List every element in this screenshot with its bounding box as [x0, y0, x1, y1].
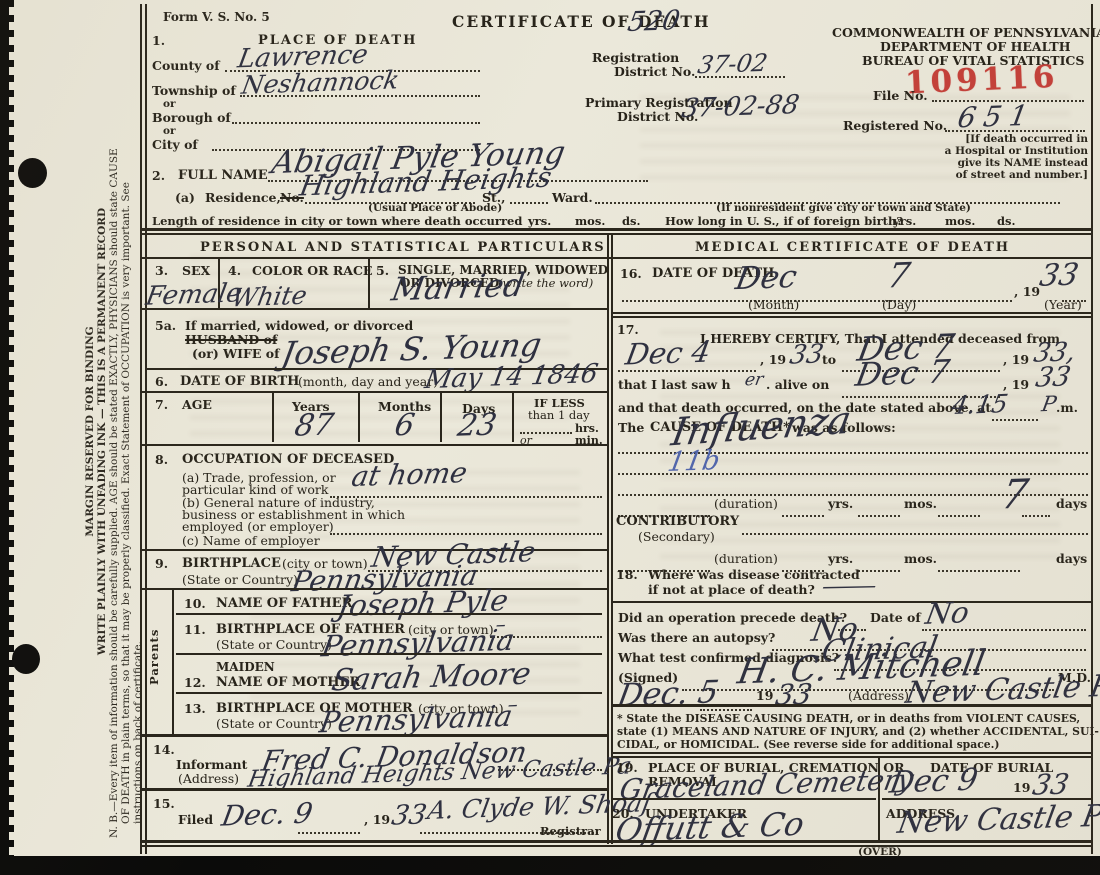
duration2-yrs-label: yrs. — [828, 551, 853, 566]
rule-line — [612, 798, 876, 800]
duration2-label: (duration) — [714, 551, 778, 566]
lastsaw-label-b: . alive on — [766, 377, 829, 392]
dotted-leader — [858, 558, 900, 572]
punch-hole — [12, 644, 40, 674]
dotted-leader — [232, 110, 480, 124]
filed-19-label: , 19 — [364, 812, 390, 827]
lastsaw-her-hw: er — [743, 370, 765, 391]
death-certificate-scan: MARGIN RESERVED FOR BINDING WRITE PLAINL… — [0, 0, 1100, 875]
dotted-leader — [992, 407, 1038, 421]
dotted-leader — [858, 503, 900, 517]
full-name-label: FULL NAME — [178, 168, 268, 183]
lastsaw-year: 33 — [1033, 361, 1073, 393]
margin-line: WRITE PLAINLY WITH UNFADING INK — THIS I… — [96, 9, 108, 854]
rule-line — [140, 444, 607, 446]
registrar-label: Registrar — [540, 824, 601, 838]
hospital-note: [If death occurred in a Hospital or Inst… — [928, 133, 1088, 181]
item10-number: 10. — [184, 596, 206, 611]
dob-label: DATE OF BIRTH — [180, 374, 299, 389]
cell-divider — [368, 258, 370, 308]
margin-line: instructions on back of certificate. — [132, 9, 144, 854]
dotted-leader — [510, 190, 548, 204]
duration1-yrs-label: yrs. — [828, 496, 853, 511]
item3-number: 3. — [155, 263, 168, 278]
rule-line — [612, 752, 1093, 754]
dob-value: May 14 1846 — [422, 359, 600, 395]
rule-line — [140, 788, 607, 791]
dotted-leader — [938, 558, 1020, 572]
operation-date-of-label: Date of — [870, 610, 921, 625]
or-wife-of-label: (or) WIFE of — [192, 346, 279, 361]
duration1-days-label: days — [1056, 496, 1087, 511]
page-number-handwritten: 520 — [625, 5, 682, 38]
binding-margin-text: MARGIN RESERVED FOR BINDING WRITE PLAINL… — [84, 9, 144, 854]
item4-number: 4. — [228, 263, 241, 278]
duration2-days-label: days — [1056, 551, 1087, 566]
certify-19b-label: , 19 — [1003, 352, 1029, 367]
lastsaw-value: Dec 7 — [853, 352, 953, 394]
mos-label: mos. — [945, 214, 975, 228]
undertaker-address-value: New Castle Pa — [895, 798, 1100, 841]
parents-box-border — [172, 590, 174, 735]
father-value: Joseph Pyle — [335, 583, 511, 623]
occupation-b-line3: employed (or employer) — [182, 519, 334, 534]
item14-number: 14. — [153, 742, 175, 757]
cell-divider — [272, 392, 274, 442]
column-divider — [607, 233, 609, 844]
certify-19a-label: , 19 — [760, 352, 786, 367]
rule-line — [176, 653, 602, 655]
maiden-label: MAIDEN — [216, 660, 275, 674]
birthplace-state-label: (State or Country) — [182, 572, 298, 587]
rule-line — [612, 704, 1093, 707]
footnote-line1: * State the DISEASE CAUSING DEATH, or in… — [617, 712, 1080, 725]
cause-code-value: 11b — [665, 445, 722, 478]
item18-number: 18. — [616, 567, 638, 582]
duration1-label: (duration) — [714, 496, 778, 511]
scan-edge-left-ragged — [9, 0, 14, 875]
filed-label: Filed — [178, 812, 213, 827]
primary-registration-value: 37-02-88 — [679, 90, 801, 124]
dotted-leader — [938, 503, 980, 517]
cell-divider — [358, 392, 360, 442]
hospital-note-line: a Hospital or Institution — [928, 145, 1088, 157]
rule-line — [612, 312, 1093, 314]
ds-label: ds. — [622, 214, 641, 228]
secondary-label: (Secondary) — [638, 529, 715, 544]
rule-line — [140, 391, 607, 393]
age-label: AGE — [182, 397, 212, 412]
bottom-double-rule — [140, 845, 1093, 847]
item7-number: 7. — [155, 397, 168, 412]
dotted-leader — [742, 521, 1088, 535]
footnote-line3: CIDAL, or HOMICIDAL. (See reverse side f… — [617, 738, 1000, 751]
dotted-leader — [618, 358, 756, 372]
rule-line — [612, 601, 1093, 603]
item9-number: 9. — [155, 556, 168, 571]
yrs-label: yrs. — [528, 214, 551, 228]
dotted-leader — [922, 617, 1086, 631]
item12-number: 12. — [184, 675, 206, 690]
item8-number: 8. — [155, 452, 168, 467]
duration1-mos-label: mos. — [904, 496, 937, 511]
dod-year-value: 33 — [1037, 257, 1081, 294]
father-birthplace-state-label: (State or Country) — [216, 637, 332, 652]
personal-section-title: PERSONAL AND STATISTICAL PARTICULARS — [200, 240, 606, 255]
sex-label: SEX — [182, 263, 210, 278]
margin-line: MARGIN RESERVED FOR BINDING — [84, 9, 96, 854]
registered-no-value: 651 — [955, 99, 1038, 135]
county-label: County of — [152, 58, 220, 73]
hospital-note-line: [If death occurred in — [928, 133, 1088, 145]
hospital-note-line: give its NAME instead — [928, 157, 1088, 169]
item2-number: 2. — [152, 168, 165, 183]
birthplace-label: BIRTHPLACE — [182, 556, 281, 571]
contributory-label: CONTRIBUTORY — [616, 514, 739, 529]
medical-section-title: MEDICAL CERTIFICATE OF DEATH — [695, 240, 1010, 255]
section-divider — [140, 233, 1093, 235]
parents-vertical-label: Parents — [147, 629, 161, 685]
rule-line — [176, 613, 602, 615]
form-number: Form V. S. No. 5 — [163, 10, 270, 24]
dod-month-value: Dec — [733, 259, 800, 297]
howlong-us-label: How long in U. S., if of foreign birth? — [665, 214, 903, 228]
burial-date-value: Dec 9 — [887, 762, 980, 800]
autopsy-question-label: Was there an autopsy? — [618, 630, 775, 645]
cause-pre-label: The — [618, 420, 644, 435]
m-label: .m. — [1056, 400, 1078, 415]
footnote-line2: state (1) MEANS AND NATURE OF INJURY, an… — [617, 725, 1099, 738]
rule-line — [140, 308, 607, 310]
item1-number: 1. — [152, 33, 165, 48]
form-border-left-inner — [145, 4, 147, 854]
occupation-c-label: (c) Name of employer — [182, 533, 320, 548]
dotted-leader — [298, 820, 360, 834]
rule-line — [612, 756, 1093, 758]
rule-line — [176, 692, 602, 694]
city-label: City of — [152, 137, 198, 152]
file-no-label: File No. — [873, 88, 928, 103]
item11-number: 11. — [184, 622, 206, 637]
dod-year-caption: (Year) — [1044, 297, 1082, 312]
registration-label-line1: Registration — [592, 50, 679, 65]
margin-line: N. B.—Every item of information should b… — [108, 9, 120, 854]
dod-month-caption: (Month) — [748, 297, 799, 312]
age-days-value: 23 — [455, 407, 499, 444]
mos-label: mos. — [575, 214, 605, 228]
sign-year-value: 33 — [773, 677, 814, 711]
dob-note: (month, day and year) — [298, 374, 438, 389]
hospital-note-line: of street and number.] — [928, 169, 1088, 181]
rule-line — [140, 257, 1093, 259]
undertaker-value: Offutt & Co — [613, 805, 807, 850]
ward-label: Ward. — [552, 190, 593, 205]
item16-number: 16. — [620, 266, 642, 281]
item5a-number: 5a. — [155, 318, 176, 333]
form-border-left-outer — [140, 4, 142, 854]
registered-no-label: Registered No. — [843, 118, 947, 133]
item6-number: 6. — [155, 374, 168, 389]
sign-19-label: 19 — [756, 688, 773, 703]
residence-prefix: (a) — [175, 190, 195, 205]
rule-line — [612, 316, 1093, 318]
occupation-value: at home — [349, 456, 470, 493]
abode-note: (Usual Place of Abode) — [368, 202, 502, 214]
mother-birthplace-state-label: (State or Country) — [216, 716, 332, 731]
lastsaw-label-a: that I last saw h — [618, 377, 731, 392]
length-residence-label: Length of residence in city or town wher… — [152, 214, 522, 228]
punch-hole — [18, 158, 47, 188]
burial-19-label: 19 — [1013, 780, 1030, 795]
nonresident-note: (If nonresident give city or town and St… — [716, 202, 971, 214]
sign-address-label: (Address) — [848, 688, 909, 703]
dotted-leader — [330, 521, 602, 535]
over-label: (OVER) — [858, 846, 902, 858]
attended-from-year: 33 — [787, 339, 825, 370]
dotted-leader — [1022, 503, 1050, 517]
township-label: Township of — [152, 83, 236, 98]
item17-number: 17. — [617, 322, 639, 337]
residence-label: Residence, — [205, 190, 281, 205]
or-label: or — [163, 98, 176, 110]
borough-label: Borough of — [152, 110, 231, 125]
registration-label-line2: District No. — [614, 64, 695, 79]
father-label: NAME OF FATHER — [216, 596, 352, 611]
yrs-label: yrs. — [893, 214, 916, 228]
scan-edge-left — [0, 0, 9, 875]
duration2-mos-label: mos. — [904, 551, 937, 566]
scan-edge-bottom — [0, 856, 1100, 875]
dod-day-caption: (Day) — [882, 297, 916, 312]
margin-line: OF DEATH in plain terms, so that it may … — [120, 9, 132, 854]
commonwealth-line: COMMONWEALTH OF PENNSYLVANIA — [832, 25, 1100, 40]
informant-label: Informant — [176, 757, 247, 772]
rule-line — [140, 734, 607, 737]
department-line: DEPARTMENT OF HEALTH — [880, 39, 1071, 54]
q18-line2: if not at place of death? — [648, 582, 815, 597]
registration-district-value: 37-02 — [696, 49, 770, 80]
item13-number: 13. — [184, 701, 206, 716]
husband-of-label: HUSBAND of — [185, 332, 277, 347]
bottom-double-rule — [140, 840, 1093, 843]
or-label: or — [163, 125, 176, 137]
informant-address-label: (Address) — [178, 771, 239, 786]
dotted-leader — [782, 503, 824, 517]
cell-divider — [440, 392, 442, 442]
dotted-leader — [622, 288, 1012, 302]
burial-year-value: 33 — [1030, 767, 1071, 801]
cell-divider — [512, 392, 514, 442]
age-years-value: 87 — [292, 407, 336, 444]
marital-value: Married — [389, 266, 528, 309]
item15-number: 15. — [153, 796, 175, 811]
q18-answer-dash: — — [819, 573, 880, 599]
item5-number: 5. — [376, 263, 389, 278]
ds-label: ds. — [997, 214, 1016, 228]
section-divider — [140, 228, 1093, 231]
township-value: Neshannock — [239, 65, 401, 100]
certify-to-label: to — [822, 352, 836, 367]
color-race-label: COLOR OR RACE — [252, 263, 372, 278]
